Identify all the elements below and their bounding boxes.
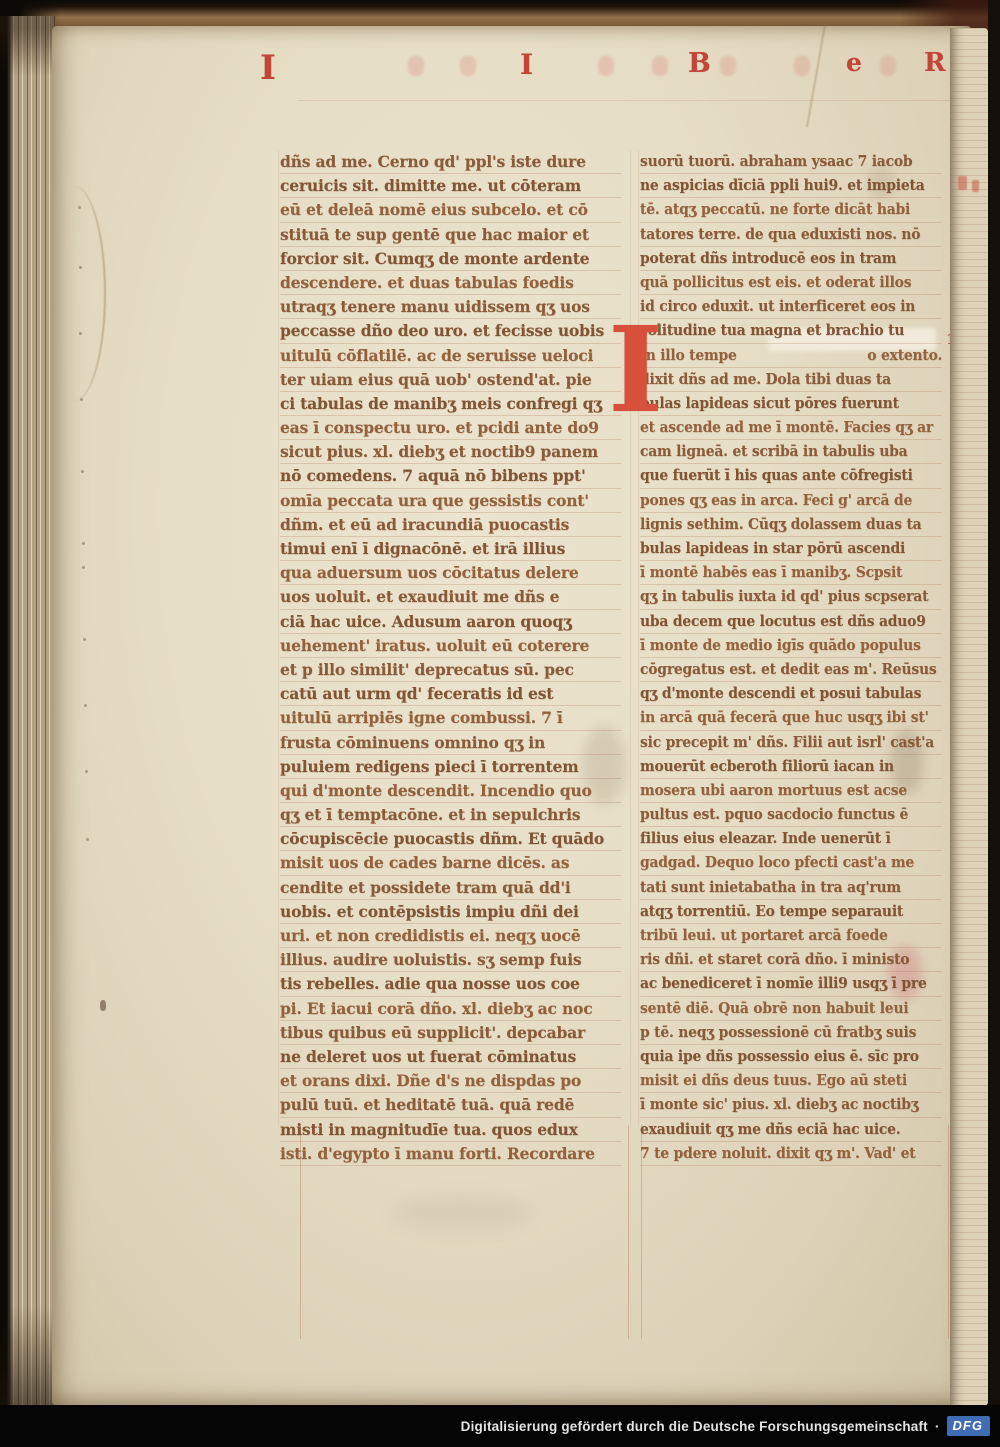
text-line: omīa peccata ura que gessistis cont' [280,489,621,513]
stain [392,1196,532,1230]
pricking-hole [86,838,89,841]
header-ghost-offset [408,56,424,76]
header-ghost-offset [598,56,614,76]
text-line: stituā te sup gentē que hac maior et [280,223,621,247]
text-line: poterat dñs introducē eos in tram [640,247,942,271]
text-line: lignis sethim. Cūqʒ dolassem duas ta [640,513,942,537]
ruling-left-column-left [278,150,279,1125]
text-line: tis rebelles. adie qua nosse uos coe [280,972,621,996]
text-line: ceruicis sit. dimitte me. ut cōteram [280,174,621,198]
text-line: descendere. et duas tabulas foedis [280,271,621,295]
text-line: ciā hac uice. Adusum aaron quoqʒ [280,610,621,634]
text-line: ī montē habēs eas ī manibʒ. Scpsit [640,561,942,585]
text-line: ī monte de medio igīs quādo populus [640,634,942,658]
text-line: gadgad. Dequo loco pfecti cast'a me [640,851,942,875]
text-line: pones qʒ eas in arca. Feci g' arcā de [640,489,942,513]
text-line: uri. et non credidistis ei. neqʒ uocē [280,924,621,948]
text-line: misit ei dñs deus tuus. Ego aū steti [640,1069,942,1093]
parchment-repair-scar [42,186,106,401]
edge-rubric-mark [958,176,967,190]
text-line: suorū tuorū. abraham ysaac 7 iacob [640,150,942,174]
credit-text: Digitalisierung gefördert durch die Deut… [461,1419,928,1434]
pricking-hole [83,638,86,641]
text-line: pi. Et iacui corā dño. xl. diebʒ ac noc [280,997,621,1021]
ruling-right-column-left [638,150,639,1125]
ruling-line-top [298,100,954,101]
text-line: bulas lapideas sicut pōres fuerunt [640,392,942,416]
text-line: isti. d'egypto ī manu forti. Recordare [280,1142,621,1166]
manuscript-page: IIBeR dñs ad me. Cerno qd' [52,26,972,1406]
text-line: et orans dixi. Dñe d's ne dispdas po [280,1069,621,1093]
text-line: pultus est. pquo sacdocio functus ē [640,803,942,827]
text-line: cam ligneā. et scribā in tabulis uba [640,440,942,464]
header-ghost-offset [880,56,896,76]
text-line: uobis. et contēpsistis impiu dñi dei [280,900,621,924]
text-line: dixit dñs ad me. Dola tibi duas ta [640,368,942,392]
text-line: cōgregatus est. et dedit eas m'. Reūsus [640,658,942,682]
text-line: tatores terre. de qua eduxisti nos. nō [640,223,942,247]
text-line: uehement' iratus. uoluit eū coterere [280,634,621,658]
credit-separator: · [935,1418,940,1434]
parchment-fleck [100,1000,106,1011]
text-line: in arcā quā fecerā que huc usqʒ ibi st' [640,706,942,730]
text-line: id circo eduxit. ut interficeret eos in [640,295,942,319]
text-line: ter uiam eius quā uob' ostend'at. pie [280,368,621,392]
text-line: ī monte sic' pius. xl. diebʒ ac noctibʒ [640,1093,942,1117]
header-letter: I [520,48,533,81]
text-line: p tē. neqʒ possessionē cū fratbʒ suis [640,1021,942,1045]
text-line: misti in magnitudīe tua. quos edux [280,1118,621,1142]
text-line: qʒ in tabulis iuxta id qd' pius scpserat [640,585,942,609]
text-line: timui enī ī dignacōnē. et irā illius [280,537,621,561]
text-line: exaudiuit qʒ me dñs eciā hac uice. [640,1118,942,1142]
text-line: mouerūt ecberoth filiorū iacan in [640,755,942,779]
header-letter: e [846,48,862,77]
text-column-left: dñs ad me. Cerno qd' ppl's iste dureceru… [280,150,632,1166]
text-line: misit uos de cades barne dicēs. as [280,851,621,875]
text-line: uitulū arripiēs igne combussi. 7 ī [280,706,621,730]
text-line: et ascende ad me ī montē. Facies qʒ ar [640,416,942,440]
text-line: illius. audire uoluistis. sʒ semp fuis [280,948,621,972]
text-line: tē. atqʒ peccatū. ne forte dicāt habi [640,198,942,222]
text-line: utraqʒ tenere manu uidissem qʒ uos [280,295,621,319]
text-line: qui d'monte descendit. Incendio quo [280,779,621,803]
text-line: atqʒ torrentiū. Eo tempe separauit [640,900,942,924]
text-line: uitulū cōflatilē. ac de seruisse ueloci [280,344,621,368]
header-ghost-offset [652,56,668,76]
text-line: n illo tempeo extento. [640,344,942,368]
text-line: ris dñi. et staret corā dño. ī ministo [640,948,942,972]
text-line: ne deleret uos ut fuerat cōminatus [280,1045,621,1069]
text-line: mosera ubi aaron mortuus est acse [640,779,942,803]
text-line: tibus quibus eū supplicit'. depcabar [280,1021,621,1045]
fore-edge-pages [950,28,988,1406]
text-line: forcior sit. Cumqʒ de monte ardente [280,247,621,271]
pricking-hole [82,566,85,569]
text-line: puluiem redigens pieci ī torrentem [280,755,621,779]
text-line: eas ī conspectu uro. et pcidi ante do9 [280,416,621,440]
text-column-right: suorū tuorū. abraham ysaac 7 iacobne asp… [640,150,958,1166]
header-letter: B [688,48,711,79]
pricking-hole [85,770,88,773]
text-line: pulū tuū. et heditatē tuā. quā redē [280,1093,621,1117]
book-scan: IIBeR dñs ad me. Cerno qd' [0,0,1000,1447]
text-line: qua aduersum uos cōcitatus delere [280,561,621,585]
text-line: nō comedens. 7 aquā nō bibens ppt' [280,464,621,488]
header-letter: R [924,48,946,78]
digitization-credit-bar: Digitalisierung gefördert durch die Deut… [0,1405,1000,1447]
text-line: filius eius eleazar. Inde uenerūt ī [640,827,942,851]
text-line: dñs ad me. Cerno qd' ppl's iste dure [280,150,621,174]
text-line: quā pollicitus est eis. et oderat illos [640,271,942,295]
text-line: uos uoluit. et exaudiuit me dñs e [280,585,621,609]
header-letter: I [260,48,276,88]
text-line: ci tabulas de manibʒ meis confregi qʒ [280,392,621,416]
text-line: 7 te pdere noluit. dixit qʒ m'. Vad' et [640,1142,942,1166]
text-line: et p illo similit' deprecatus sū. pec [280,658,621,682]
text-line: catū aut urm qd' feceratis id est [280,682,621,706]
text-line: dñm. et eū ad iracundiā puocastis [280,513,621,537]
text-line: bulas lapideas in star pōrū ascendi [640,537,942,561]
chapter-initial: I [608,320,642,426]
text-line: tribū leui. ut portaret arcā foede [640,924,942,948]
dfg-logo: DFG [947,1416,990,1436]
pricking-hole [82,542,85,545]
text-line: sic precepit m' dñs. Filii aut isrl' cas… [640,731,942,755]
pricking-hole [84,704,87,707]
header-ghost-offset [720,56,736,76]
text-line: qʒ d'monte descendi et posui tabulas [640,682,942,706]
header-ghost-offset [460,56,476,76]
text-line: cendite et possidete tram quā dd'i [280,876,621,900]
binding-edge-right [988,0,1000,1447]
running-header: IIBeR [52,48,972,96]
page-stack-left [0,16,56,1407]
text-line: eū et deleā nomē eius subcelo. et cō [280,198,621,222]
text-line: que fuerūt ī his quas ante cōfregisti [640,464,942,488]
edge-rubric-mark [972,180,979,192]
text-line: cōcupiscēcie puocastis dñm. Et quādo [280,827,621,851]
pricking-hole [81,470,84,473]
text-line: ac benediceret ī nomīe illi9 usqʒ ī pre [640,972,942,996]
text-line: sentē diē. Quā obrē non habuit leui [640,997,942,1021]
text-line: ne aspicias dīciā ppli hui9. et impieta [640,174,942,198]
text-line: qʒ et ī temptacōne. et in sepulchris [280,803,621,827]
header-ghost-offset [794,56,810,76]
text-line: frusta cōminuens omnino qʒ in [280,731,621,755]
text-line: peccasse dño deo uro. et fecisse uobis [280,319,621,343]
text-line: quia ipe dñs possessio eius ē. sīc pro [640,1045,942,1069]
text-line: tati sunt inietabatha in tra aq'rum [640,876,942,900]
text-line: solitudine tua magna et brachio tu [640,319,942,343]
verse-end-text: o extento. [867,344,942,367]
text-line: uba decem que locutus est dñs aduo9 [640,610,942,634]
text-line: sicut pius. xl. diebʒ et noctib9 panem [280,440,621,464]
